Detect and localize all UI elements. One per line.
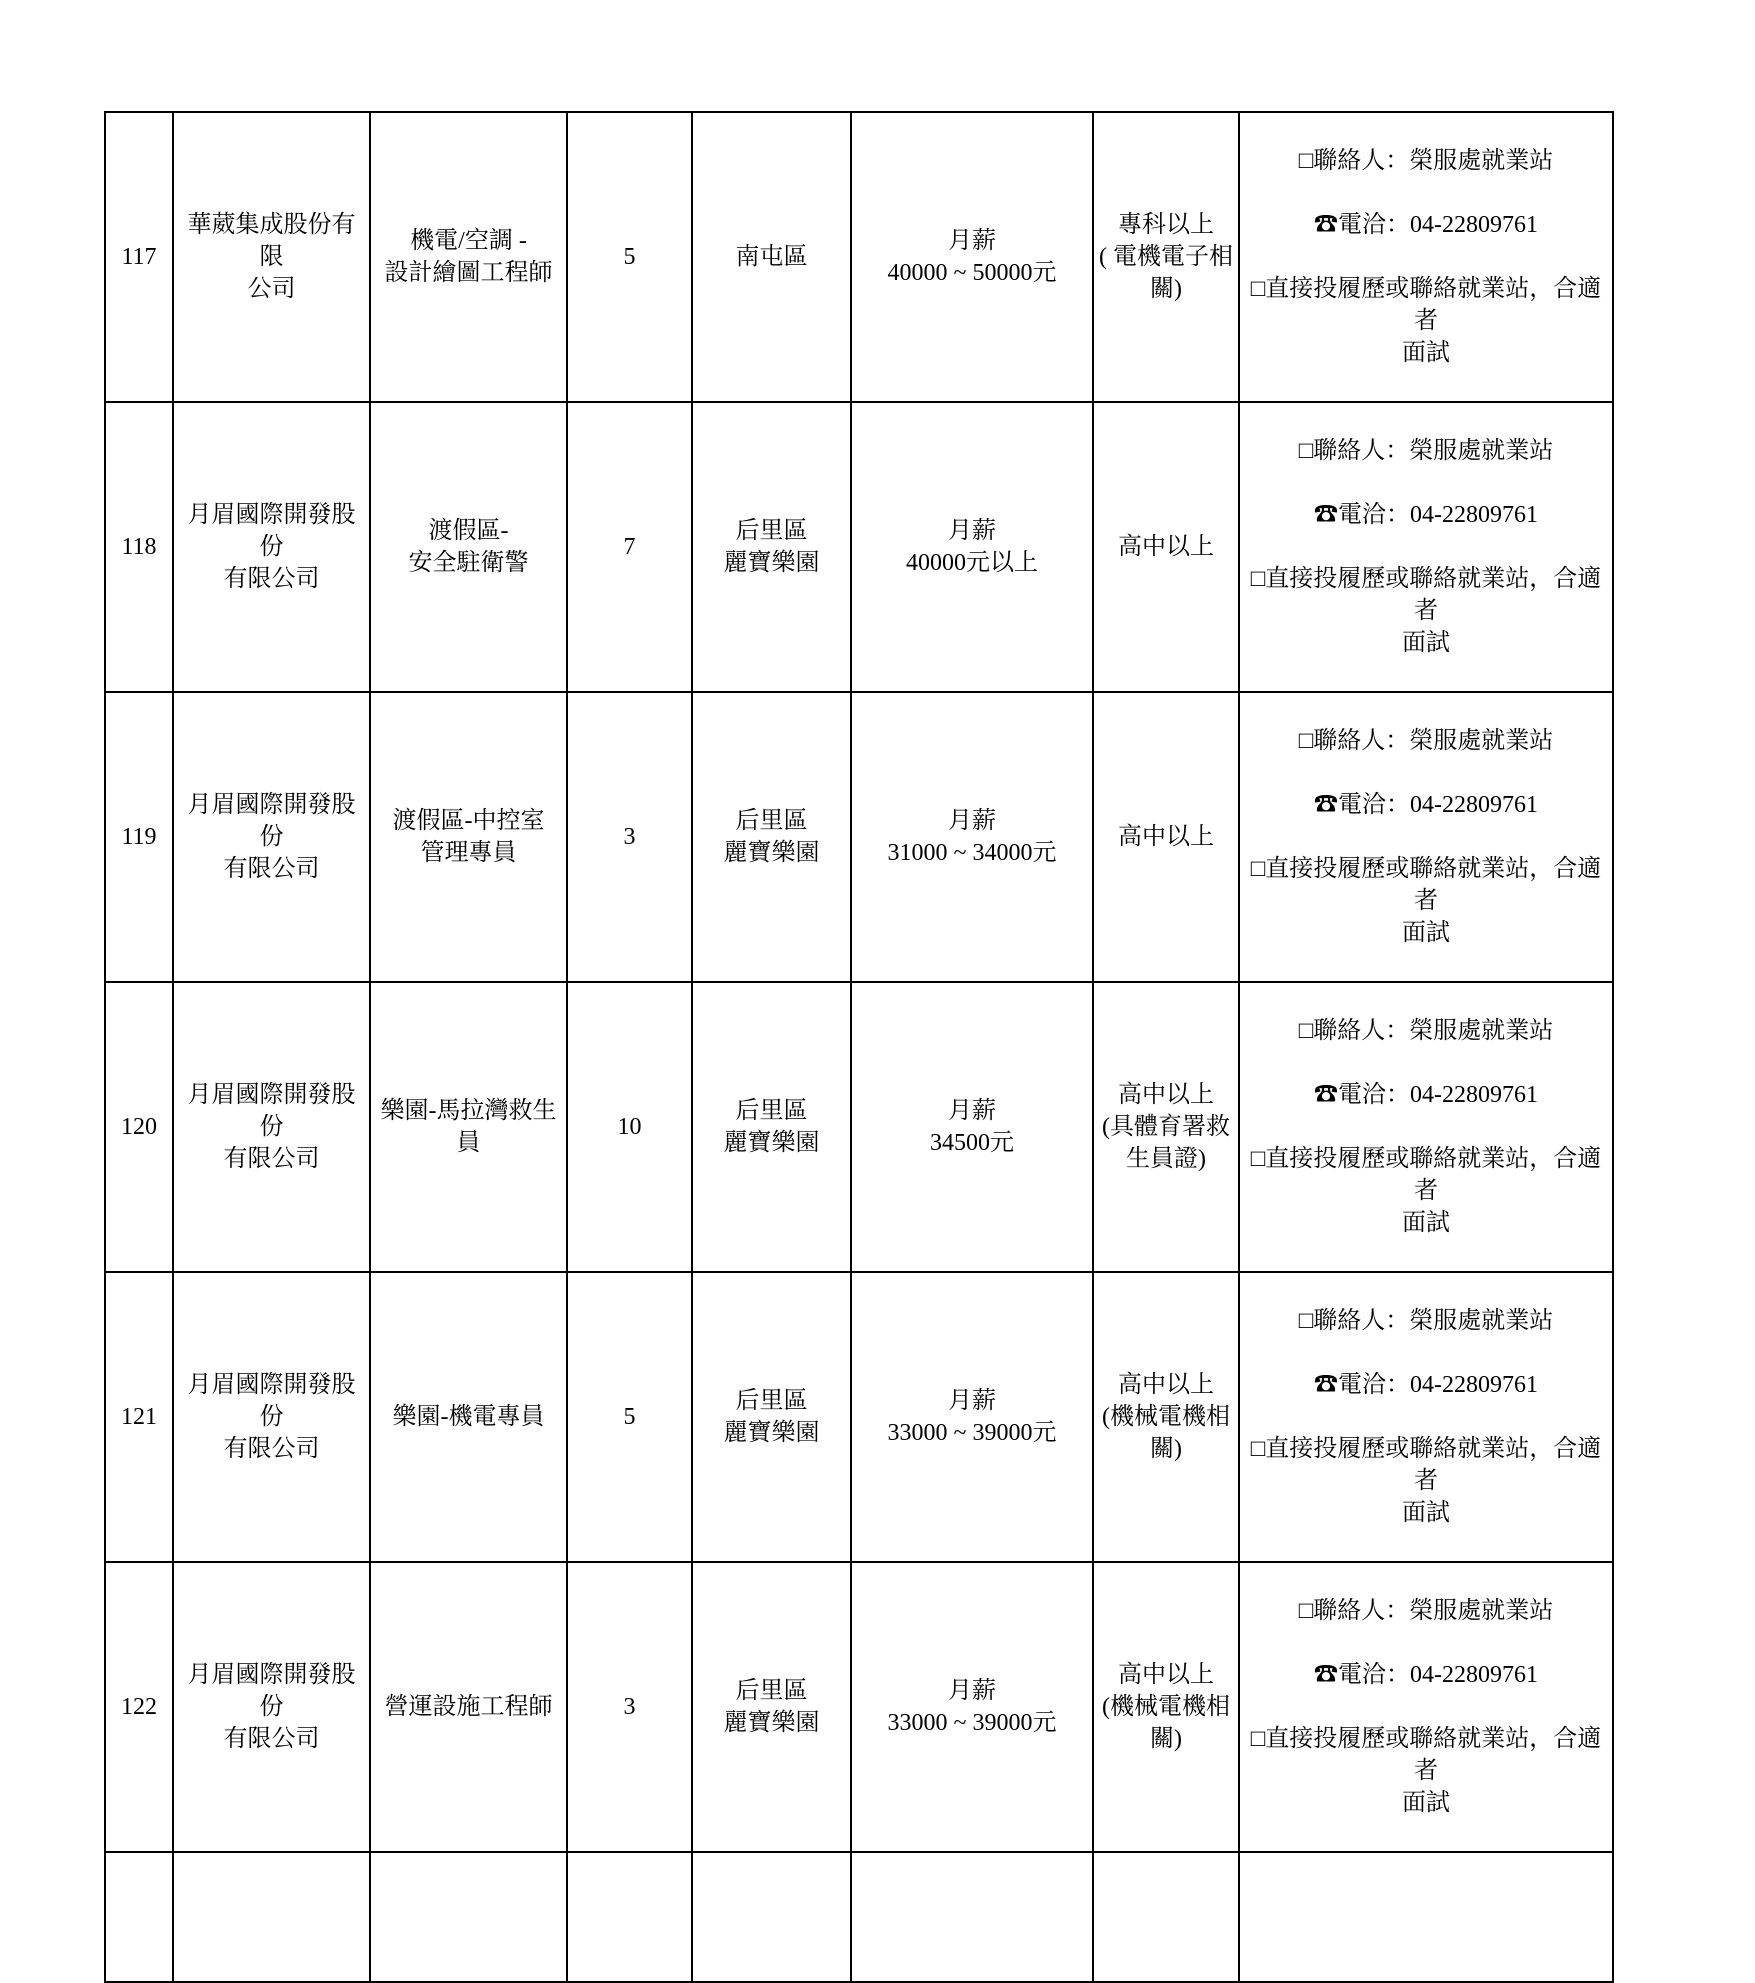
cell-job-title: 機電/空調 - 設計繪圖工程師 xyxy=(370,112,567,402)
contact-person-text: 聯絡人：榮服處就業站 xyxy=(1313,1598,1553,1624)
contact-person-line: □聯絡人：榮服處就業站 xyxy=(1242,1015,1610,1047)
contact-phone-text: 電洽：04-22809761 xyxy=(1338,1372,1538,1398)
cell-job-title: 渡假區-中控室 管理專員 xyxy=(370,692,567,982)
contact-person-text: 聯絡人：榮服處就業站 xyxy=(1313,438,1553,464)
job-listing-table: 117 華葳集成股份有限 公司 機電/空調 - 設計繪圖工程師 5 南屯區 月薪… xyxy=(104,111,1614,1983)
cell-education-requirement: 高中以上 xyxy=(1093,692,1239,982)
cell-job-title xyxy=(370,1852,567,1982)
contact-person-text: 聯絡人：榮服處就業站 xyxy=(1313,148,1553,174)
cell-openings-count xyxy=(567,1852,692,1982)
cell-job-title: 營運設施工程師 xyxy=(370,1562,567,1852)
checkbox-icon: □ xyxy=(1299,1018,1314,1044)
cell-work-location: 南屯區 xyxy=(692,112,851,402)
cell-job-title: 樂園-機電專員 xyxy=(370,1272,567,1562)
checkbox-icon: □ xyxy=(1299,148,1314,174)
contact-apply-line: □直接投履歷或聯絡就業站，合適者 面試 xyxy=(1242,1433,1610,1529)
contact-apply-text: 直接投履歷或聯絡就業站，合適者 面試 xyxy=(1265,1726,1601,1816)
cell-salary: 月薪 31000 ~ 34000元 xyxy=(851,692,1093,982)
contact-apply-line: □直接投履歷或聯絡就業站，合適者 面試 xyxy=(1242,1723,1610,1819)
contact-phone-text: 電洽：04-22809761 xyxy=(1338,502,1538,528)
telephone-icon: ☎ xyxy=(1314,1082,1338,1108)
telephone-icon: ☎ xyxy=(1314,1372,1338,1398)
contact-person-text: 聯絡人：榮服處就業站 xyxy=(1313,1308,1553,1334)
cell-company-name: 華葳集成股份有限 公司 xyxy=(173,112,370,402)
cell-openings-count: 3 xyxy=(567,692,692,982)
contact-phone-line: ☎電洽：04-22809761 xyxy=(1242,1079,1610,1111)
contact-phone-line: ☎電洽：04-22809761 xyxy=(1242,1659,1610,1691)
contact-person-line: □聯絡人：榮服處就業站 xyxy=(1242,1595,1610,1627)
cell-job-title: 樂園-馬拉灣救生 員 xyxy=(370,982,567,1272)
cell-work-location: 后里區 麗寶樂園 xyxy=(692,982,851,1272)
checkbox-icon: □ xyxy=(1299,728,1314,754)
contact-phone-line: ☎電洽：04-22809761 xyxy=(1242,499,1610,531)
contact-apply-line: □直接投履歷或聯絡就業站，合適者 面試 xyxy=(1242,273,1610,369)
checkbox-icon: □ xyxy=(1251,1436,1266,1462)
checkbox-icon: □ xyxy=(1251,276,1266,302)
checkbox-icon: □ xyxy=(1299,1598,1314,1624)
cell-salary: 月薪 33000 ~ 39000元 xyxy=(851,1562,1093,1852)
cell-work-location: 后里區 麗寶樂園 xyxy=(692,1562,851,1852)
cell-salary xyxy=(851,1852,1093,1982)
cell-row-number: 120 xyxy=(105,982,173,1272)
cell-row-number xyxy=(105,1852,173,1982)
table-row: 120 月眉國際開發股份 有限公司 樂園-馬拉灣救生 員 10 后里區 麗寶樂園… xyxy=(105,982,1613,1272)
checkbox-icon: □ xyxy=(1251,856,1266,882)
cell-company-name: 月眉國際開發股份 有限公司 xyxy=(173,692,370,982)
cell-education-requirement: 高中以上 (機械電機相 關) xyxy=(1093,1562,1239,1852)
contact-phone-text: 電洽：04-22809761 xyxy=(1338,1082,1538,1108)
contact-apply-text: 直接投履歷或聯絡就業站，合適者 面試 xyxy=(1265,1436,1601,1526)
checkbox-icon: □ xyxy=(1299,1308,1314,1334)
contact-apply-line: □直接投履歷或聯絡就業站，合適者 面試 xyxy=(1242,563,1610,659)
contact-person-text: 聯絡人：榮服處就業站 xyxy=(1313,1018,1553,1044)
cell-salary: 月薪 40000 ~ 50000元 xyxy=(851,112,1093,402)
cell-work-location: 后里區 麗寶樂園 xyxy=(692,692,851,982)
table-row: 119 月眉國際開發股份 有限公司 渡假區-中控室 管理專員 3 后里區 麗寶樂… xyxy=(105,692,1613,982)
cell-row-number: 119 xyxy=(105,692,173,982)
contact-phone-text: 電洽：04-22809761 xyxy=(1338,792,1538,818)
contact-person-line: □聯絡人：榮服處就業站 xyxy=(1242,725,1610,757)
table-row: 118 月眉國際開發股份 有限公司 渡假區- 安全駐衛警 7 后里區 麗寶樂園 … xyxy=(105,402,1613,692)
table-row xyxy=(105,1852,1613,1982)
contact-apply-text: 直接投履歷或聯絡就業站，合適者 面試 xyxy=(1265,856,1601,946)
table-row: 122 月眉國際開發股份 有限公司 營運設施工程師 3 后里區 麗寶樂園 月薪 … xyxy=(105,1562,1613,1852)
cell-work-location: 后里區 麗寶樂園 xyxy=(692,402,851,692)
checkbox-icon: □ xyxy=(1299,438,1314,464)
cell-row-number: 121 xyxy=(105,1272,173,1562)
contact-phone-line: ☎電洽：04-22809761 xyxy=(1242,209,1610,241)
cell-company-name: 月眉國際開發股份 有限公司 xyxy=(173,982,370,1272)
checkbox-icon: □ xyxy=(1251,1146,1266,1172)
cell-company-name: 月眉國際開發股份 有限公司 xyxy=(173,1562,370,1852)
cell-contact-info: □聯絡人：榮服處就業站 ☎電洽：04-22809761 □直接投履歷或聯絡就業站… xyxy=(1239,402,1613,692)
contact-person-line: □聯絡人：榮服處就業站 xyxy=(1242,435,1610,467)
contact-person-line: □聯絡人：榮服處就業站 xyxy=(1242,145,1610,177)
cell-openings-count: 5 xyxy=(567,1272,692,1562)
cell-salary: 月薪 40000元以上 xyxy=(851,402,1093,692)
contact-apply-text: 直接投履歷或聯絡就業站，合適者 面試 xyxy=(1265,1146,1601,1236)
cell-company-name: 月眉國際開發股份 有限公司 xyxy=(173,402,370,692)
cell-row-number: 117 xyxy=(105,112,173,402)
cell-company-name xyxy=(173,1852,370,1982)
cell-contact-info: □聯絡人：榮服處就業站 ☎電洽：04-22809761 □直接投履歷或聯絡就業站… xyxy=(1239,692,1613,982)
cell-row-number: 118 xyxy=(105,402,173,692)
contact-apply-line: □直接投履歷或聯絡就業站，合適者 面試 xyxy=(1242,853,1610,949)
contact-apply-text: 直接投履歷或聯絡就業站，合適者 面試 xyxy=(1265,276,1601,366)
cell-salary: 月薪 34500元 xyxy=(851,982,1093,1272)
cell-work-location xyxy=(692,1852,851,1982)
checkbox-icon: □ xyxy=(1251,1726,1266,1752)
cell-salary: 月薪 33000 ~ 39000元 xyxy=(851,1272,1093,1562)
cell-openings-count: 3 xyxy=(567,1562,692,1852)
cell-education-requirement: 高中以上 (具體育署救 生員證) xyxy=(1093,982,1239,1272)
table-row: 117 華葳集成股份有限 公司 機電/空調 - 設計繪圖工程師 5 南屯區 月薪… xyxy=(105,112,1613,402)
cell-education-requirement: 高中以上 (機械電機相 關) xyxy=(1093,1272,1239,1562)
cell-contact-info: □聯絡人：榮服處就業站 ☎電洽：04-22809761 □直接投履歷或聯絡就業站… xyxy=(1239,112,1613,402)
cell-contact-info: □聯絡人：榮服處就業站 ☎電洽：04-22809761 □直接投履歷或聯絡就業站… xyxy=(1239,1272,1613,1562)
telephone-icon: ☎ xyxy=(1314,212,1338,238)
cell-company-name: 月眉國際開發股份 有限公司 xyxy=(173,1272,370,1562)
cell-education-requirement: 高中以上 xyxy=(1093,402,1239,692)
contact-person-line: □聯絡人：榮服處就業站 xyxy=(1242,1305,1610,1337)
checkbox-icon: □ xyxy=(1251,566,1266,592)
cell-contact-info xyxy=(1239,1852,1613,1982)
telephone-icon: ☎ xyxy=(1314,502,1338,528)
telephone-icon: ☎ xyxy=(1314,1662,1338,1688)
cell-education-requirement: 專科以上 ( 電機電子相 關) xyxy=(1093,112,1239,402)
cell-education-requirement xyxy=(1093,1852,1239,1982)
cell-openings-count: 7 xyxy=(567,402,692,692)
contact-apply-line: □直接投履歷或聯絡就業站，合適者 面試 xyxy=(1242,1143,1610,1239)
table-row: 121 月眉國際開發股份 有限公司 樂園-機電專員 5 后里區 麗寶樂園 月薪 … xyxy=(105,1272,1613,1562)
cell-work-location: 后里區 麗寶樂園 xyxy=(692,1272,851,1562)
contact-phone-text: 電洽：04-22809761 xyxy=(1338,1662,1538,1688)
contact-person-text: 聯絡人：榮服處就業站 xyxy=(1313,728,1553,754)
cell-job-title: 渡假區- 安全駐衛警 xyxy=(370,402,567,692)
cell-contact-info: □聯絡人：榮服處就業站 ☎電洽：04-22809761 □直接投履歷或聯絡就業站… xyxy=(1239,982,1613,1272)
contact-phone-text: 電洽：04-22809761 xyxy=(1338,212,1538,238)
contact-apply-text: 直接投履歷或聯絡就業站，合適者 面試 xyxy=(1265,566,1601,656)
cell-openings-count: 10 xyxy=(567,982,692,1272)
contact-phone-line: ☎電洽：04-22809761 xyxy=(1242,1369,1610,1401)
document-page: { "table": { "rows": [ { "num": "117", "… xyxy=(0,0,1755,1241)
telephone-icon: ☎ xyxy=(1314,792,1338,818)
cell-openings-count: 5 xyxy=(567,112,692,402)
cell-contact-info: □聯絡人：榮服處就業站 ☎電洽：04-22809761 □直接投履歷或聯絡就業站… xyxy=(1239,1562,1613,1852)
contact-phone-line: ☎電洽：04-22809761 xyxy=(1242,789,1610,821)
cell-row-number: 122 xyxy=(105,1562,173,1852)
